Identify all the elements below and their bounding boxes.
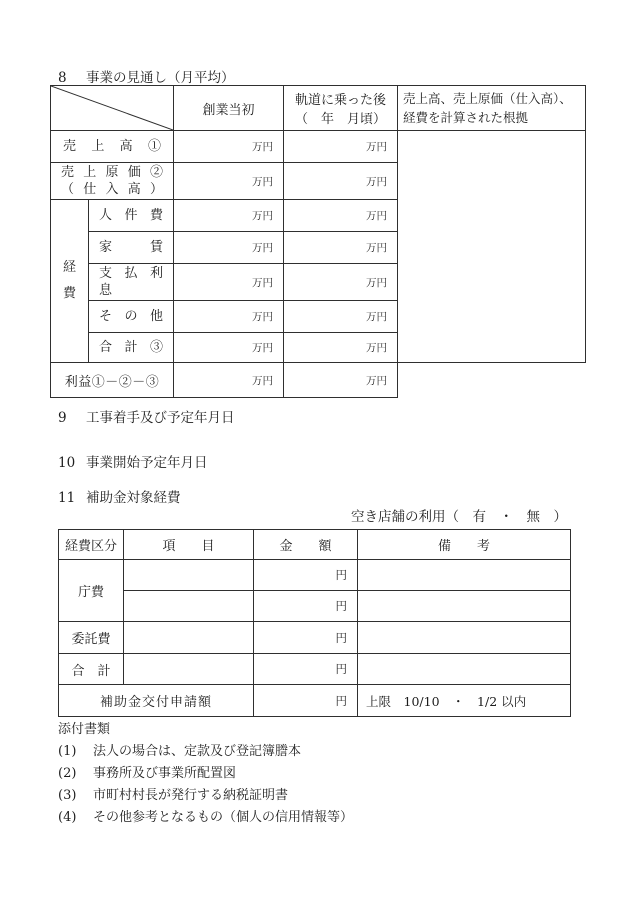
section-10-title: 事業開始予定年月日 bbox=[86, 455, 208, 471]
attachment-item: (4)その他参考となるもの（個人の信用情報等） bbox=[58, 807, 353, 829]
category-agency: 庁費 bbox=[59, 560, 124, 622]
section-10-number: 10 bbox=[58, 455, 86, 471]
consignment-item-cell bbox=[124, 622, 254, 654]
section-8-number: 8 bbox=[58, 70, 86, 86]
agency-item-cell-2 bbox=[124, 591, 254, 622]
agency-remark-cell-1 bbox=[358, 560, 571, 591]
row-label-cogs: 売 上 原 価 ② （ 仕 入 高 ） bbox=[51, 163, 174, 200]
rent-initial-cell: 万円 bbox=[174, 232, 284, 264]
cogs-on-track-cell: 万円 bbox=[284, 163, 398, 200]
attachments-title: 添付書類 bbox=[58, 719, 353, 741]
row-label-expense-total: 合 計 ③ bbox=[89, 333, 174, 363]
section-8-title: 事業の見通し（月平均） bbox=[86, 70, 235, 86]
expenses-group-label: 経 費 bbox=[51, 200, 89, 363]
application-limit-remark: 上限 10/10 ・ 1/2 以内 bbox=[358, 685, 571, 717]
section-10-heading: 10事業開始予定年月日 bbox=[58, 451, 208, 471]
vacant-store-note: 空き店舗の利用（ 有 ・ 無 ） bbox=[50, 505, 567, 525]
attachment-item-text: 市町村村長が発行する納税証明書 bbox=[93, 788, 288, 803]
agency-amount-cell-1: 円 bbox=[254, 560, 358, 591]
total-amount-cell: 円 bbox=[254, 654, 358, 685]
corner-diagonal-cell bbox=[51, 86, 174, 131]
consignment-remark-cell bbox=[358, 622, 571, 654]
attachment-item-number: (4) bbox=[58, 807, 93, 829]
section-9-number: 9 bbox=[58, 410, 86, 426]
personnel-initial-cell: 万円 bbox=[174, 200, 284, 232]
expense-total-initial-cell: 万円 bbox=[174, 333, 284, 363]
agency-remark-cell-2 bbox=[358, 591, 571, 622]
other-on-track-cell: 万円 bbox=[284, 301, 398, 333]
row-label-rent: 家 賃 bbox=[89, 232, 174, 264]
application-amount-label: 補助金交付申請額 bbox=[59, 685, 254, 717]
total-remark-cell bbox=[358, 654, 571, 685]
interest-initial-cell: 万円 bbox=[174, 264, 284, 301]
section-11-number: 11 bbox=[58, 490, 86, 506]
attachment-item-number: (1) bbox=[58, 741, 93, 763]
total-item-cell bbox=[124, 654, 254, 685]
row-label-sales: 売 上 高 ① bbox=[51, 131, 174, 163]
rent-on-track-cell: 万円 bbox=[284, 232, 398, 264]
category-total: 合 計 bbox=[59, 654, 124, 685]
row-label-personnel: 人 件 費 bbox=[89, 200, 174, 232]
column-header-initial: 創業当初 bbox=[174, 86, 284, 131]
cogs-initial-cell: 万円 bbox=[174, 163, 284, 200]
subsidy-expense-table: 経費区分 項 目 金 額 備 考 庁費 円 円 委託費 円 合 計 円 bbox=[58, 529, 571, 717]
attachment-item-number: (3) bbox=[58, 785, 93, 807]
attachment-item-text: 法人の場合は、定款及び登記簿謄本 bbox=[93, 744, 301, 759]
expense-total-on-track-cell: 万円 bbox=[284, 333, 398, 363]
other-initial-cell: 万円 bbox=[174, 301, 284, 333]
section-11-heading: 11補助金対象経費 bbox=[58, 486, 181, 506]
basis-blank-area bbox=[398, 131, 586, 363]
row-label-interest: 支 払 利 息 bbox=[89, 264, 174, 301]
sales-on-track-cell: 万円 bbox=[284, 131, 398, 163]
diagonal-line bbox=[51, 86, 173, 130]
consignment-amount-cell: 円 bbox=[254, 622, 358, 654]
sales-initial-cell: 万円 bbox=[174, 131, 284, 163]
section-8-heading: 8事業の見通し（月平均） bbox=[58, 66, 235, 86]
header-amount: 金 額 bbox=[254, 530, 358, 560]
attachment-item-text: 事務所及び事業所配置図 bbox=[93, 766, 236, 781]
attachment-item: (3)市町村村長が発行する納税証明書 bbox=[58, 785, 353, 807]
header-category: 経費区分 bbox=[59, 530, 124, 560]
attachment-item-text: その他参考となるもの（個人の信用情報等） bbox=[93, 810, 353, 825]
section-9-title: 工事着手及び予定年月日 bbox=[86, 410, 235, 426]
row-label-profit: 利益①－②－③ bbox=[51, 363, 174, 398]
column-header-basis: 売上高、売上原価（仕入高）、 経費を計算された根拠 bbox=[398, 86, 586, 131]
section-9-heading: 9工事着手及び予定年月日 bbox=[58, 406, 235, 426]
agency-amount-cell-2: 円 bbox=[254, 591, 358, 622]
profit-initial-cell: 万円 bbox=[174, 363, 284, 398]
attachment-item: (1)法人の場合は、定款及び登記簿謄本 bbox=[58, 741, 353, 763]
business-forecast-table: 創業当初 軌道に乗った後 （ 年 月頃） 売上高、売上原価（仕入高）、 経費を計… bbox=[50, 85, 586, 398]
agency-item-cell-1 bbox=[124, 560, 254, 591]
interest-on-track-cell: 万円 bbox=[284, 264, 398, 301]
header-remark: 備 考 bbox=[358, 530, 571, 560]
personnel-on-track-cell: 万円 bbox=[284, 200, 398, 232]
category-consignment: 委託費 bbox=[59, 622, 124, 654]
application-amount-cell: 円 bbox=[254, 685, 358, 717]
attachments-block: 添付書類 (1)法人の場合は、定款及び登記簿謄本 (2)事務所及び事業所配置図 … bbox=[58, 719, 353, 829]
attachment-item: (2)事務所及び事業所配置図 bbox=[58, 763, 353, 785]
column-header-on-track: 軌道に乗った後 （ 年 月頃） bbox=[284, 86, 398, 131]
section-11-title: 補助金対象経費 bbox=[86, 490, 181, 506]
profit-on-track-cell: 万円 bbox=[284, 363, 398, 398]
document-page: 8事業の見通し（月平均） 創業当初 軌道に乗った後 （ 年 月頃） 売上高、売上… bbox=[0, 0, 630, 915]
attachment-item-number: (2) bbox=[58, 763, 93, 785]
header-item: 項 目 bbox=[124, 530, 254, 560]
row-label-other: そ の 他 bbox=[89, 301, 174, 333]
